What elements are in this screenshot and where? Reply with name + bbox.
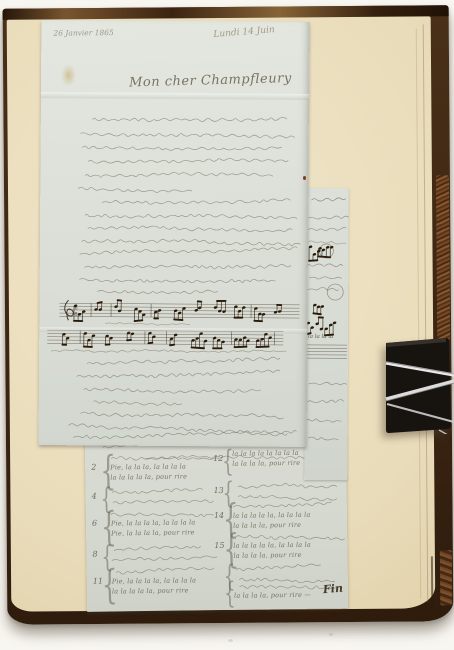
svg-text:8: 8	[74, 312, 77, 318]
photo-of-manuscript: Fin 2{Pie, la la la, la la la lala la la…	[0, 0, 454, 650]
strip-lyric-fragment: la la la la	[308, 334, 333, 340]
binder-clip-art	[383, 336, 454, 434]
verse-line: Pie, la la la la, la la la la	[112, 576, 197, 585]
page-fore-edge-line	[423, 24, 429, 602]
verse-line: Pie, la la la, la la la la	[110, 462, 186, 471]
verse-line: la la la la la, la la la la	[233, 511, 311, 520]
verse-number: 4	[92, 492, 97, 501]
verse-line: Pie, la la la la, la la la la	[111, 518, 196, 527]
verse-number: 2	[91, 463, 96, 472]
verse-line: la la la la, pour rire	[232, 459, 300, 468]
marbled-cover-edge	[436, 175, 450, 340]
background-speck	[228, 639, 233, 642]
verse-number: 8	[92, 550, 97, 559]
background-speck-2	[329, 633, 333, 636]
page-gutter-line	[431, 556, 433, 608]
letter-handwriting-and-music-art: 68	[39, 20, 310, 447]
verse-line: la la la la la, pour rire	[110, 472, 187, 481]
page-fore-edge-line-2	[416, 29, 421, 599]
letter-sheet: 26 Janvier 1865 Lundi 14 Juin Mon cher C…	[39, 20, 310, 447]
binder-clip	[383, 336, 454, 434]
verse-line: la la la la, pour rire	[233, 521, 301, 530]
fin-label: Fin	[322, 582, 343, 597]
verse-line: la la la la la la la la	[232, 449, 299, 458]
marbled-cover-edge-lower	[440, 550, 452, 605]
second-sheet-strip: la la la la	[304, 188, 349, 480]
verse-line: la la la la la, pour rire	[112, 586, 189, 595]
ink-speck	[303, 176, 306, 180]
verse-line: la la la la, pour rire —	[234, 591, 311, 600]
verse-line: la la la la la, la la la la	[233, 541, 311, 550]
verse-line: la la la la, pour rire	[233, 551, 301, 560]
verse-line: Pie, la la la la, pour rire	[111, 528, 195, 537]
verse-number: 6	[92, 519, 97, 528]
